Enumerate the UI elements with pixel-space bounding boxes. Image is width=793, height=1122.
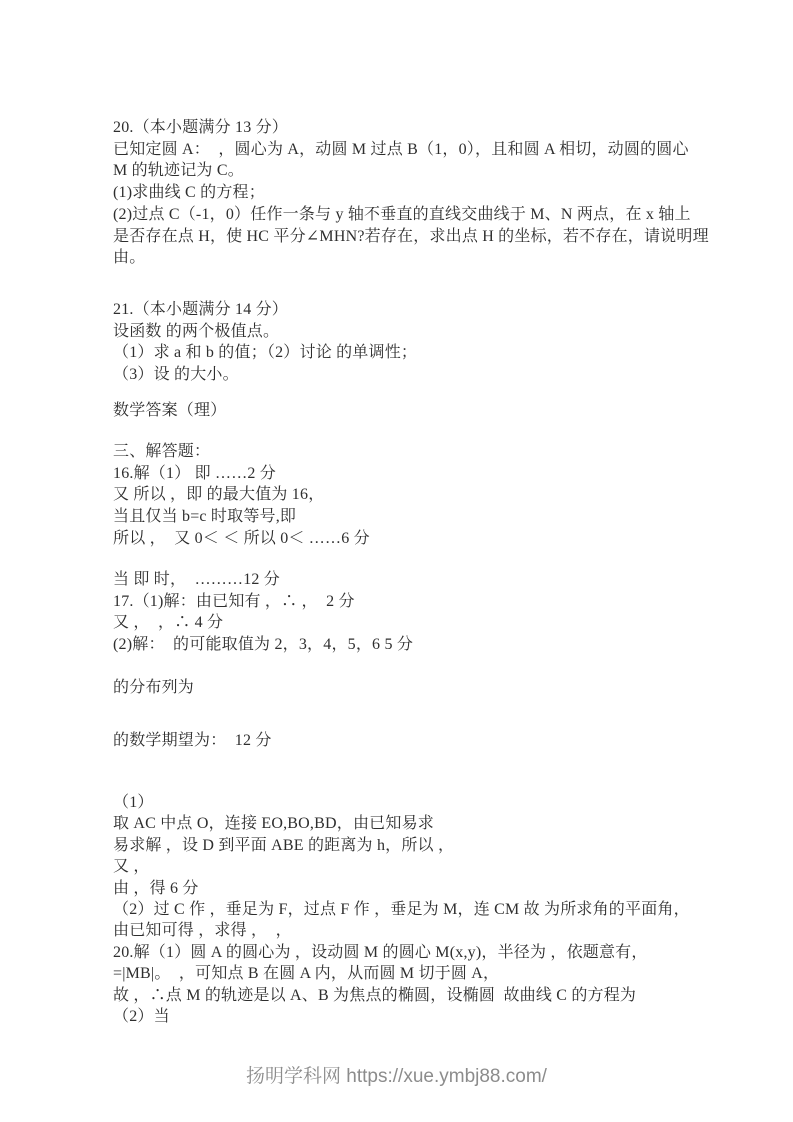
text-line: (1)求曲线 C 的方程； (113, 182, 728, 204)
text-line: 由已知可得 ，求得 ， ， (113, 920, 728, 941)
text-line: 已知定圆 A： ，圆心为 A，动圆 M 过点 B（1，0），且和圆 A 相切，动… (113, 139, 728, 161)
text-line: M 的轨迹记为 C。 (113, 160, 728, 182)
text-line: 当且仅当 b=c 时取等号,即 (113, 506, 728, 528)
q18-q20-solution-block: （1） 取 AC 中点 O，连接 EO,BO,BD，由已知易求 易求解 ，设 D… (113, 792, 728, 1027)
text-line: 故 ，∴点 M 的轨迹是以 A、B 为焦点的椭圆，设椭圆 故曲线 C 的方程为 (113, 985, 728, 1006)
text-line: 20.（本小题满分 13 分） (113, 117, 728, 139)
text-line: （3）设 的大小。 (113, 364, 728, 386)
text-line: 又 ， (113, 856, 728, 877)
text-line: 当 即 时， ………12 分 (113, 569, 728, 591)
answers-title: 数学答案（理） (113, 400, 728, 422)
text-line: 是否存在点 H，使 HC 平分∠MHN?若存在，求出点 H 的坐标，若不存在，请… (113, 226, 728, 248)
text-line: =|MB|。 ，可知点 B 在圆 A 内，从而圆 M 切于圆 A， (113, 963, 728, 984)
text-line: 20.解（1）圆 A 的圆心为 ，设动圆 M 的圆心 M(x,y)，半径为 ，依… (113, 942, 728, 963)
text-line: 又 ， ，∴ 4 分 (113, 612, 728, 634)
section3-q16-block: 三、解答题： 16.解（1） 即 ……2 分 又 所以 ，即 的最大值为 16，… (113, 441, 728, 550)
q16-end-q17-block: 当 即 时， ………12 分 17.（1)解：由已知有 ，∴ ， 2 分 又 ，… (113, 569, 728, 656)
text-line: （1） (113, 792, 728, 813)
text-line: 易求解 ，设 D 到平面 ABE 的距离为 h，所以 ， (113, 835, 728, 856)
text-line: （2）当 (113, 1006, 728, 1027)
text-line: 17.（1)解：由已知有 ，∴ ， 2 分 (113, 591, 728, 613)
text-line: 由 ，得 6 分 (113, 878, 728, 899)
answers-title-block: 数学答案（理） (113, 400, 728, 422)
text-line: 设函数 的两个极值点。 (113, 321, 728, 343)
text-line: 的分布列为 (113, 677, 728, 699)
site-watermark-text: 扬明学科网 https://xue.ymbj88.com/ (246, 1066, 547, 1087)
text-line: 三、解答题： (113, 441, 728, 463)
text-line: 又 所以 ，即 的最大值为 16， (113, 484, 728, 506)
text-line: 16.解（1） 即 ……2 分 (113, 463, 728, 485)
text-line: 所以 ， 又 0＜ ＜ 所以 0＜ ……6 分 (113, 528, 728, 550)
text-line: 的数学期望为： 12 分 (113, 730, 728, 752)
text-line: (2)过点 C（-1，0）任作一条与 y 轴不垂直的直线交曲线于 M、N 两点，… (113, 204, 728, 226)
site-watermark: 扬明学科网 https://xue.ymbj88.com/ (0, 1065, 793, 1089)
text-line: 21.（本小题满分 14 分） (113, 299, 728, 321)
question-21-block: 21.（本小题满分 14 分） 设函数 的两个极值点。 （1）求 a 和 b 的… (113, 299, 728, 386)
text-line: （1）求 a 和 b 的值；（2）讨论 的单调性； (113, 342, 728, 364)
text-line: 由。 (113, 247, 728, 269)
text-line: (2)解： 的可能取值为 2，3，4，5，6 5 分 (113, 634, 728, 656)
expectation-line-block: 的数学期望为： 12 分 (113, 730, 728, 752)
distribution-line-block: 的分布列为 (113, 677, 728, 699)
text-line: 取 AC 中点 O，连接 EO,BO,BD，由已知易求 (113, 813, 728, 834)
question-20-block: 20.（本小题满分 13 分） 已知定圆 A： ，圆心为 A，动圆 M 过点 B… (113, 117, 728, 269)
text-line: （2）过 C 作 ，垂足为 F，过点 F 作 ，垂足为 M，连 CM 故 为所求… (113, 899, 728, 920)
document-page: 20.（本小题满分 13 分） 已知定圆 A： ，圆心为 A，动圆 M 过点 B… (0, 0, 793, 1122)
